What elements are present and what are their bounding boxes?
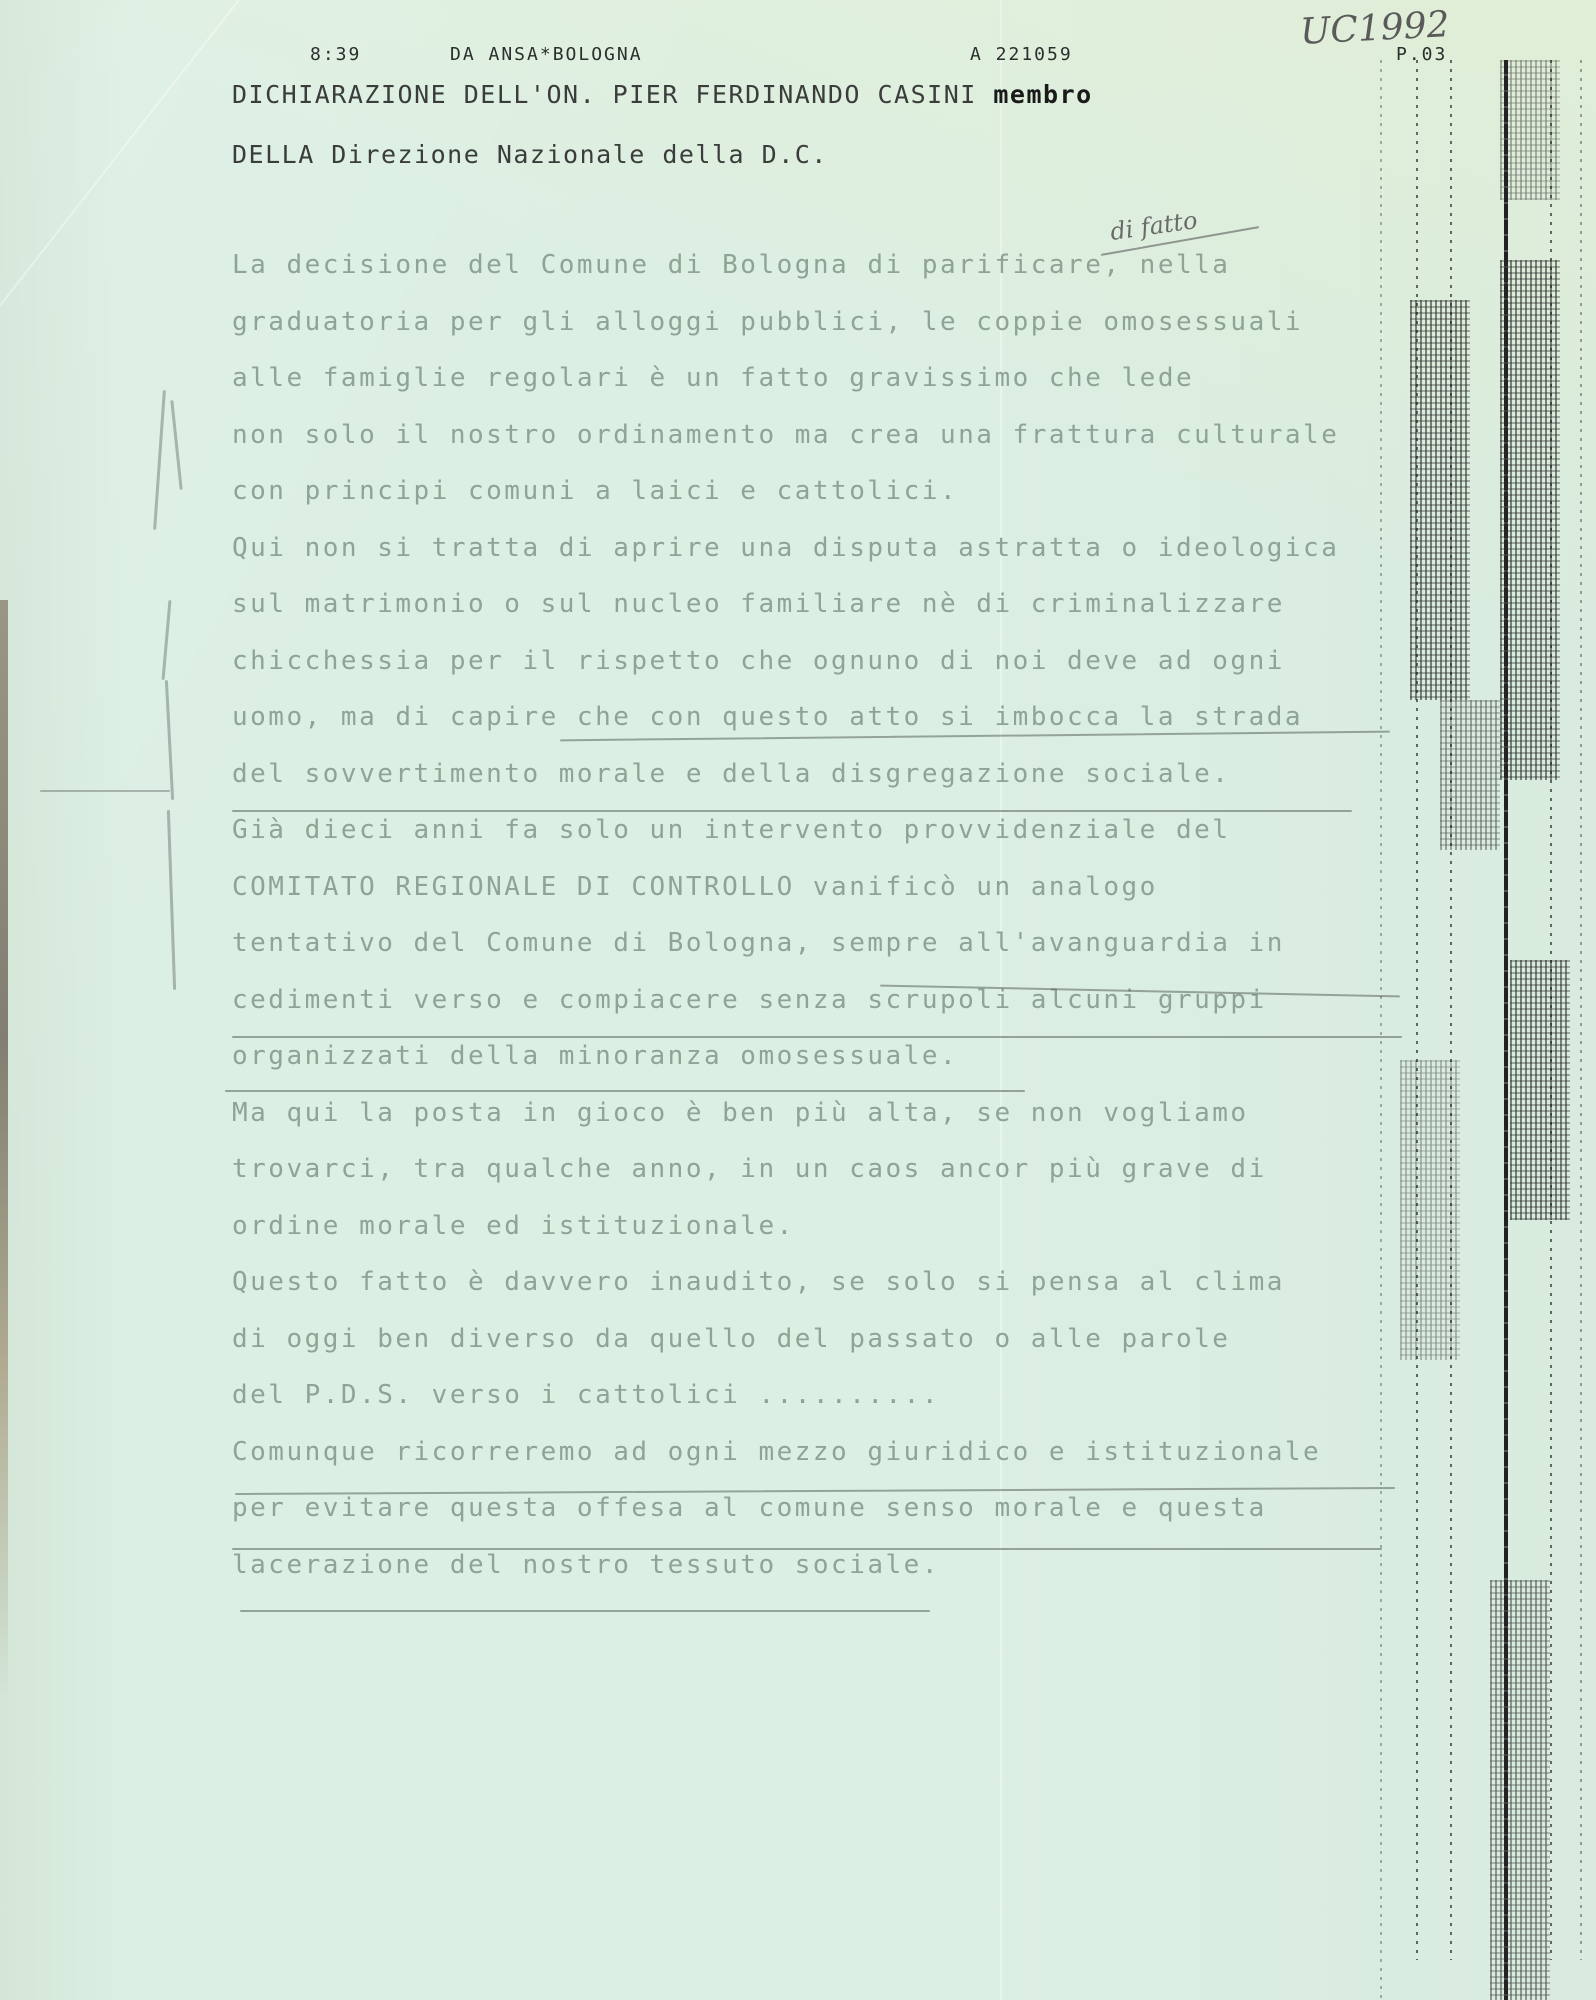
pen-underline [232,1548,1382,1550]
body-line: graduatoria per gli alloggi pubblici, le… [232,307,1303,337]
fax-time: 8:39 [310,44,361,65]
body-line: per evitare questa offesa al comune sens… [232,1493,1267,1523]
body-line: Comunque ricorreremo ad ogni mezzo giuri… [232,1437,1321,1467]
body-line: La decisione del Comune di Bologna di pa… [232,250,1230,280]
body-line: di oggi ben diverso da quello del passat… [232,1324,1230,1354]
margin-pen-mark [40,790,170,792]
body-line: del P.D.S. verso i cattolici .......... [232,1380,940,1410]
handwritten-reference: UC1992 [1299,4,1450,53]
body-line: uomo, ma di capire che con questo atto s… [232,702,1303,732]
document-title-line1: DICHIARAZIONE DELL'ON. PIER FERDINANDO C… [232,80,1093,109]
pen-underline [225,1090,1025,1092]
body-line: con principi comuni a laici e cattolici. [232,476,958,506]
body-line: organizzati della minoranza omosessuale. [232,1041,958,1071]
pen-underline [240,1610,930,1612]
body-line: ordine morale ed istituzionale. [232,1211,795,1241]
left-edge-shadow [0,600,8,1700]
body-line: non solo il nostro ordinamento ma crea u… [232,420,1339,450]
fax-noise-strip [1380,60,1590,2000]
title-text: DICHIARAZIONE DELL'ON. PIER FERDINANDO C… [232,80,977,109]
pen-underline [232,1036,1402,1038]
body-line: alle famiglie regolari è un fatto gravis… [232,363,1194,393]
body-line: Qui non si tratta di aprire una disputa … [232,533,1339,563]
body-line: chicchessia per il rispetto che ognuno d… [232,646,1285,676]
body-line: Ma qui la posta in gioco è ben più alta,… [232,1098,1249,1128]
body-line: del sovvertimento morale e della disgreg… [232,759,1230,789]
body-line: Già dieci anni fa solo un intervento pro… [232,815,1230,845]
pen-underline [232,810,1352,812]
body-line: sul matrimonio o sul nucleo familiare nè… [232,589,1285,619]
body-line: COMITATO REGIONALE DI CONTROLLO vanificò… [232,872,1158,902]
body-line: tentativo del Comune di Bologna, sempre … [232,928,1285,958]
title-bold-word: membro [993,80,1092,109]
body-line: Questo fatto è davvero inaudito, se solo… [232,1267,1285,1297]
fax-code: A 221059 [970,44,1073,65]
body-line: lacerazione del nostro tessuto sociale. [232,1550,940,1580]
fax-sender: DA ANSA*BOLOGNA [450,44,643,65]
document-title-line2: DELLA Direzione Nazionale della D.C. [232,140,828,169]
body-line: trovarci, tra qualche anno, in un caos a… [232,1154,1267,1184]
